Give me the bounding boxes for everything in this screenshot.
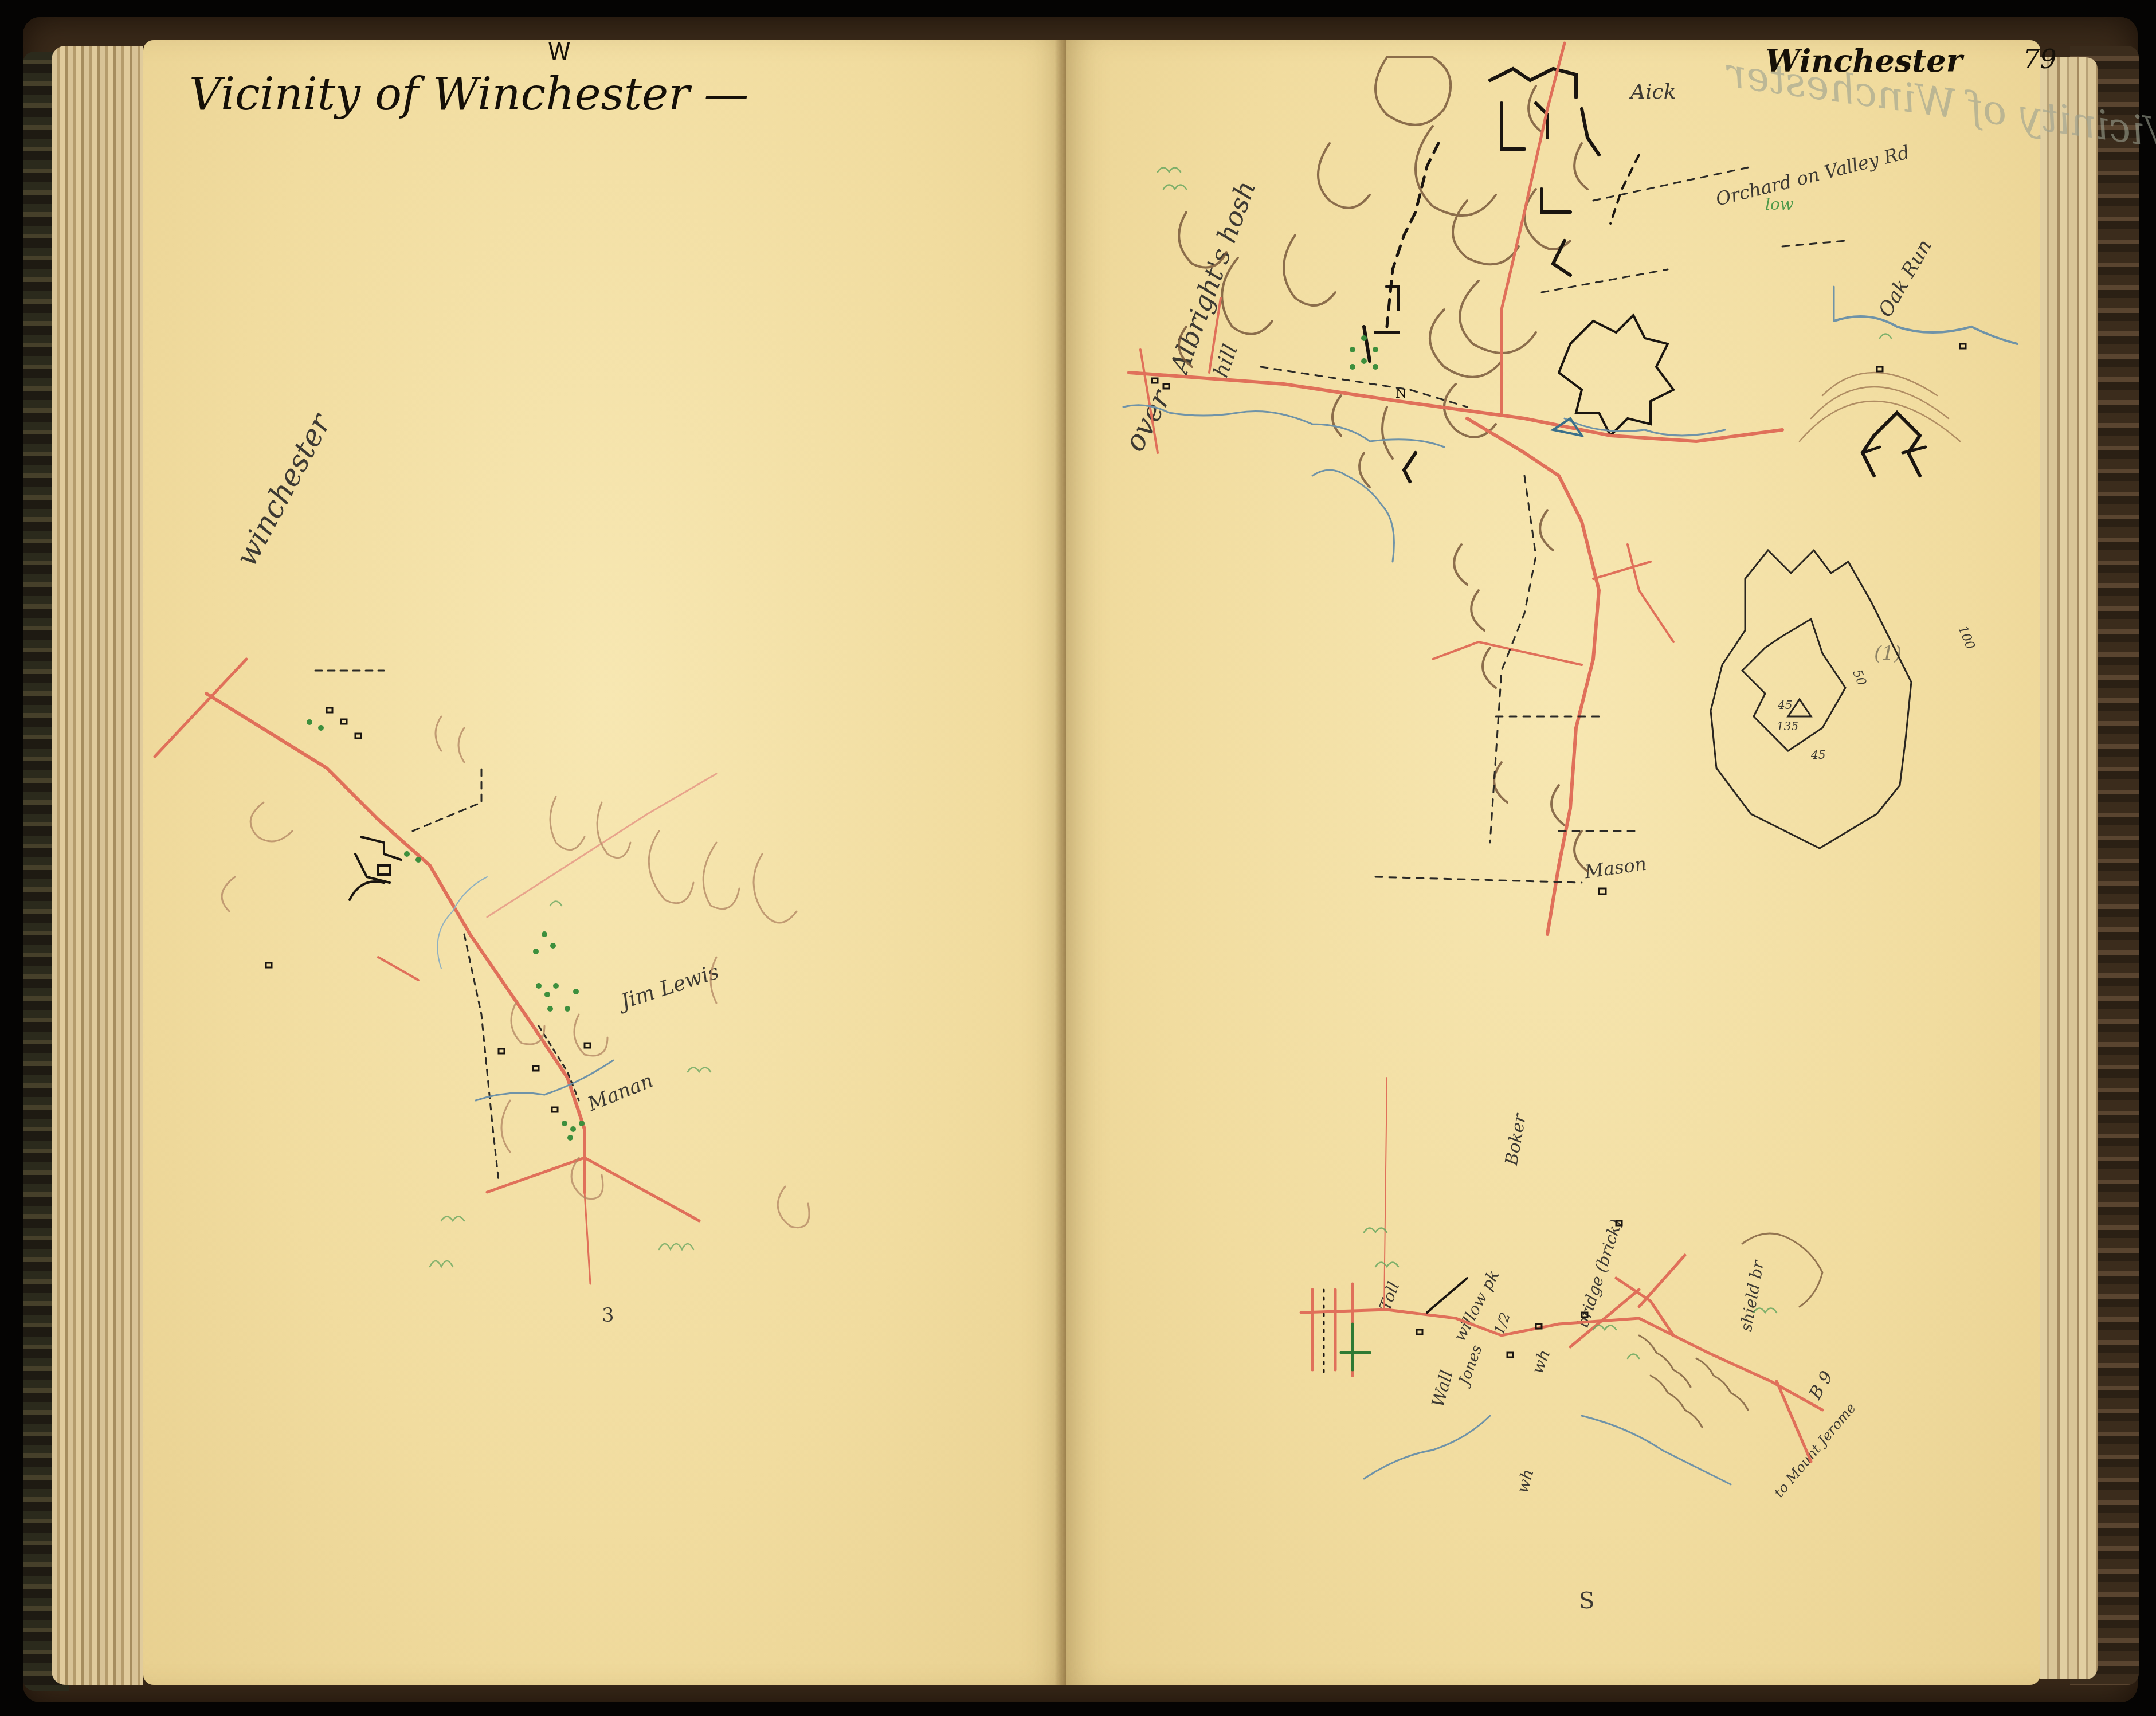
left-map-sketch — [143, 40, 1066, 1685]
page-edges-left — [52, 46, 143, 1685]
page-edges-right — [2040, 57, 2098, 1679]
left-page: Vicinity of Winchester — W winchester Ji… — [143, 40, 1066, 1685]
right-page: Vicinity of Winchester Winchester 79 ove… — [1066, 40, 2040, 1685]
right-map-sketch — [1066, 40, 2040, 1685]
